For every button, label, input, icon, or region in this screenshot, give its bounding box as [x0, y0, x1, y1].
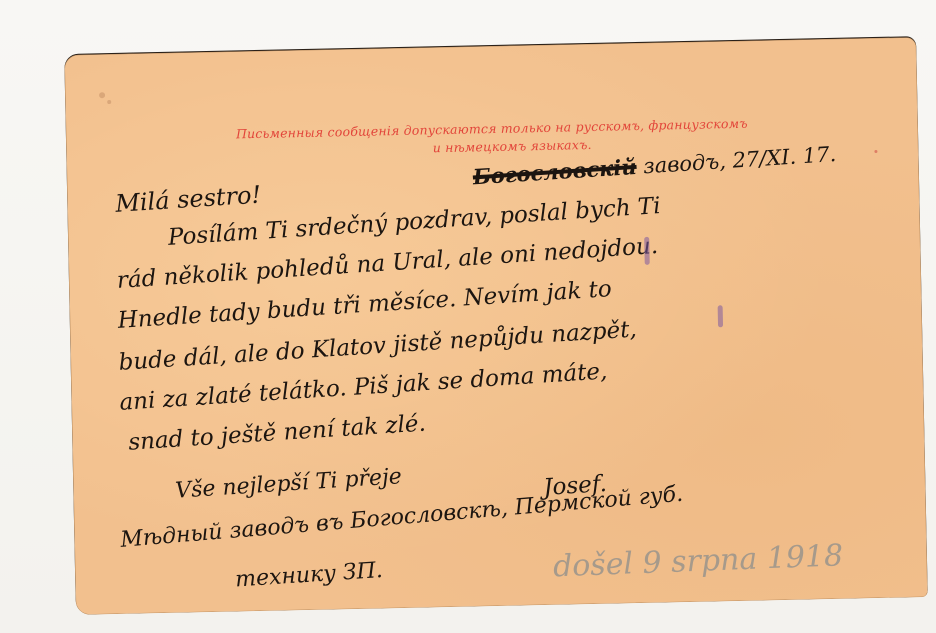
- letter-date: 27/XI. 17.: [732, 142, 837, 173]
- closing: Vše nejlepší Ti přeje: [175, 464, 403, 504]
- struck-place-name: Богословскій: [472, 154, 637, 190]
- body-line: snad to ještě není tak zlé.: [128, 411, 427, 456]
- violet-ink-mark: [644, 237, 650, 265]
- foxing-spot: [107, 100, 111, 104]
- violet-ink-mark: [718, 305, 723, 327]
- sender-address-line2: технику ЗП.: [234, 558, 383, 592]
- postcard: Письменныя сообщенія допускаются только …: [64, 37, 928, 615]
- greeting: Milá sestro!: [114, 181, 261, 218]
- pencil-received-note: došel 9 srpna 1918: [552, 538, 843, 584]
- foxing-spot: [99, 92, 105, 98]
- place-suffix: заводъ,: [636, 149, 734, 179]
- foxing-spot: [874, 150, 877, 153]
